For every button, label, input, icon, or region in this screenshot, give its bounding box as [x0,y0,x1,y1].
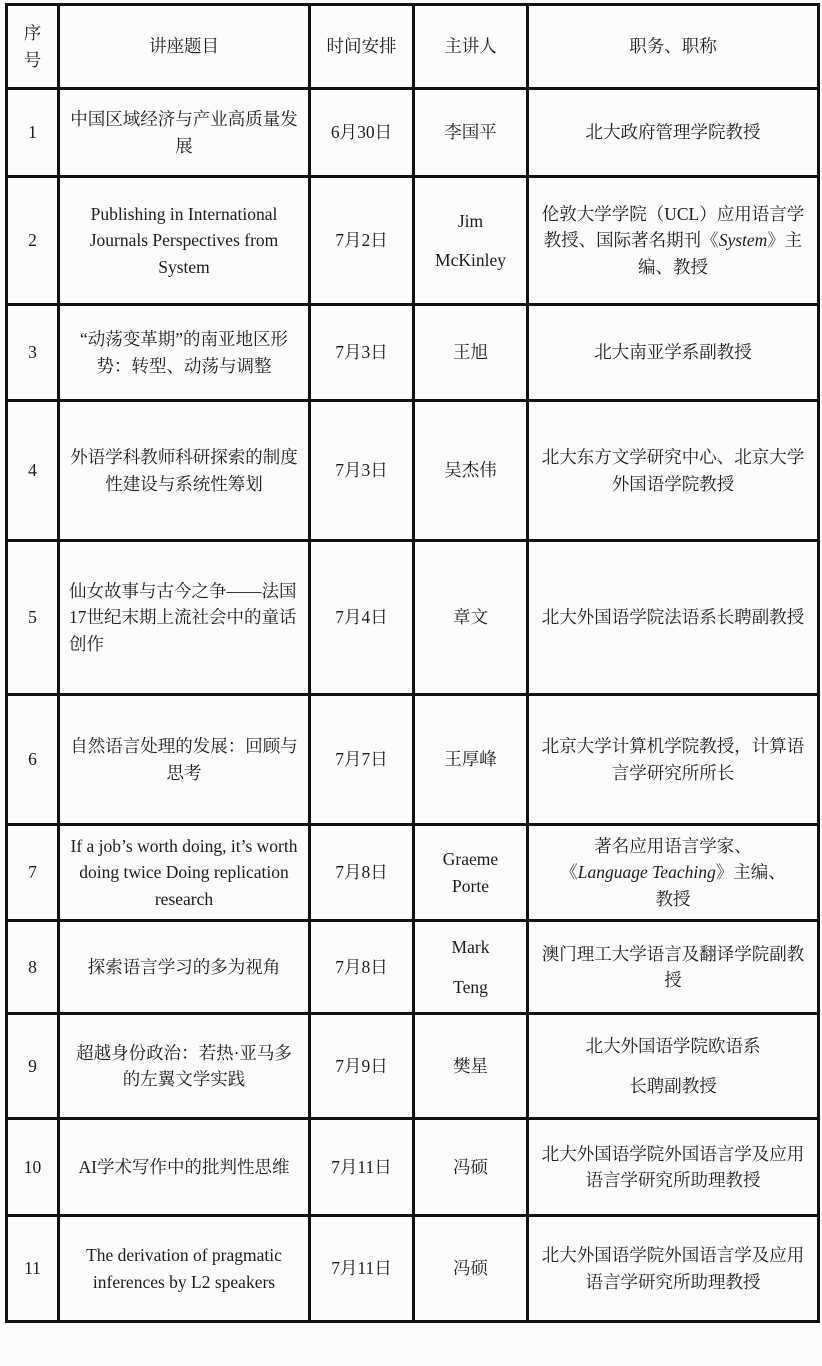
position-text: 》主编、 [716,862,786,882]
position: 北京大学计算机学院教授，计算语言学研究所所长 [528,695,819,825]
header-row: 序号 讲座题目 时间安排 主讲人 职务、职称 [7,5,819,89]
position: 伦敦大学学院（UCL）应用语言学教授、国际著名期刊《System》主编、教授 [528,177,819,305]
table-row: 11 The derivation of pragmatic inference… [7,1216,819,1322]
lecture-title: Publishing in International Journals Per… [59,177,310,305]
speaker: 章文 [414,541,528,695]
position: 著名应用语言学家、 《Language Teaching》主编、 教授 [528,825,819,921]
table-row: 3 “动荡变革期”的南亚地区形势：转型、动荡与调整 7月3日 王旭 北大南亚学系… [7,305,819,401]
row-number: 9 [7,1014,59,1119]
lecture-title: AI学术写作中的批判性思维 [59,1119,310,1216]
lecture-date: 7月8日 [310,825,414,921]
position: 北大外国语学院法语系长聘副教授 [528,541,819,695]
lecture-date: 7月8日 [310,921,414,1014]
speaker: 王旭 [414,305,528,401]
header-time: 时间安排 [310,5,414,89]
speaker: Graeme Porte [414,825,528,921]
table-row: 7 If a job’s worth doing, it’s worth doi… [7,825,819,921]
lecture-date: 6月30日 [310,89,414,177]
position-line: 《Language Teaching》主编、 [538,859,808,885]
row-number: 5 [7,541,59,695]
speaker: 冯硕 [414,1119,528,1216]
lecture-title: 外语学科教师科研探索的制度性建设与系统性筹划 [59,401,310,541]
position-text: 《 [560,862,578,882]
speaker: 李国平 [414,89,528,177]
row-number: 8 [7,921,59,1014]
row-number: 6 [7,695,59,825]
table-row: 4 外语学科教师科研探索的制度性建设与系统性筹划 7月3日 吴杰伟 北大东方文学… [7,401,819,541]
header-no: 序号 [7,5,59,89]
lecture-title: 超越身份政治：若热·亚马多的左翼文学实践 [59,1014,310,1119]
speaker: Mark Teng [414,921,528,1014]
journal-name-italic: Language Teaching [578,862,716,882]
position: 北大东方文学研究中心、北京大学外国语学院教授 [528,401,819,541]
lecture-title: 探索语言学习的多为视角 [59,921,310,1014]
speaker: 吴杰伟 [414,401,528,541]
lecture-title: The derivation of pragmatic inferences b… [59,1216,310,1322]
row-number: 2 [7,177,59,305]
lecture-schedule-table: 序号 讲座题目 时间安排 主讲人 职务、职称 1 中国区域经济与产业高质量发展 … [5,3,820,1323]
lecture-date: 7月3日 [310,401,414,541]
speaker-name-line: Porte [424,873,517,899]
row-number: 7 [7,825,59,921]
lecture-date: 7月11日 [310,1119,414,1216]
position: 北大政府管理学院教授 [528,89,819,177]
position-line: 长聘副教授 [538,1073,808,1099]
lecture-title: 中国区域经济与产业高质量发展 [59,89,310,177]
page: 序号 讲座题目 时间安排 主讲人 职务、职称 1 中国区域经济与产业高质量发展 … [0,0,822,1366]
position: 北大外国语学院欧语系 长聘副教授 [528,1014,819,1119]
header-title: 讲座题目 [59,5,310,89]
position: 澳门理工大学语言及翻译学院副教授 [528,921,819,1014]
position: 北大南亚学系副教授 [528,305,819,401]
position-line: 北大外国语学院欧语系 [538,1033,808,1059]
speaker-name-line: McKinley [424,247,517,273]
lecture-title: “动荡变革期”的南亚地区形势：转型、动荡与调整 [59,305,310,401]
row-number: 4 [7,401,59,541]
speaker: 王厚峰 [414,695,528,825]
position: 北大外国语学院外国语言学及应用语言学研究所助理教授 [528,1216,819,1322]
lecture-title: 仙女故事与古今之争——法国17世纪末期上流社会中的童话创作 [59,541,310,695]
table-row: 9 超越身份政治：若热·亚马多的左翼文学实践 7月9日 樊星 北大外国语学院欧语… [7,1014,819,1119]
table-row: 2 Publishing in International Journals P… [7,177,819,305]
table-row: 6 自然语言处理的发展：回顾与思考 7月7日 王厚峰 北京大学计算机学院教授，计… [7,695,819,825]
position-line: 教授 [538,886,808,912]
speaker: 冯硕 [414,1216,528,1322]
speaker-name-line: Mark [424,934,517,960]
speaker-name-line: Jim [424,208,517,234]
table-row: 5 仙女故事与古今之争——法国17世纪末期上流社会中的童话创作 7月4日 章文 … [7,541,819,695]
row-number: 1 [7,89,59,177]
row-number: 11 [7,1216,59,1322]
table-row: 8 探索语言学习的多为视角 7月8日 Mark Teng 澳门理工大学语言及翻译… [7,921,819,1014]
speaker-name-line: Teng [424,974,517,1000]
table-row: 1 中国区域经济与产业高质量发展 6月30日 李国平 北大政府管理学院教授 [7,89,819,177]
lecture-date: 7月3日 [310,305,414,401]
position: 北大外国语学院外国语言学及应用语言学研究所助理教授 [528,1119,819,1216]
lecture-title: If a job’s worth doing, it’s worth doing… [59,825,310,921]
row-number: 3 [7,305,59,401]
row-number: 10 [7,1119,59,1216]
lecture-title: 自然语言处理的发展：回顾与思考 [59,695,310,825]
lecture-date: 7月7日 [310,695,414,825]
speaker: Jim McKinley [414,177,528,305]
lecture-date: 7月2日 [310,177,414,305]
lecture-date: 7月11日 [310,1216,414,1322]
speaker: 樊星 [414,1014,528,1119]
table-row: 10 AI学术写作中的批判性思维 7月11日 冯硕 北大外国语学院外国语言学及应… [7,1119,819,1216]
position-line: 著名应用语言学家、 [538,833,808,859]
lecture-date: 7月9日 [310,1014,414,1119]
header-position: 职务、职称 [528,5,819,89]
journal-name-italic: System [719,230,768,250]
header-speaker: 主讲人 [414,5,528,89]
speaker-name-line: Graeme [424,846,517,872]
lecture-date: 7月4日 [310,541,414,695]
